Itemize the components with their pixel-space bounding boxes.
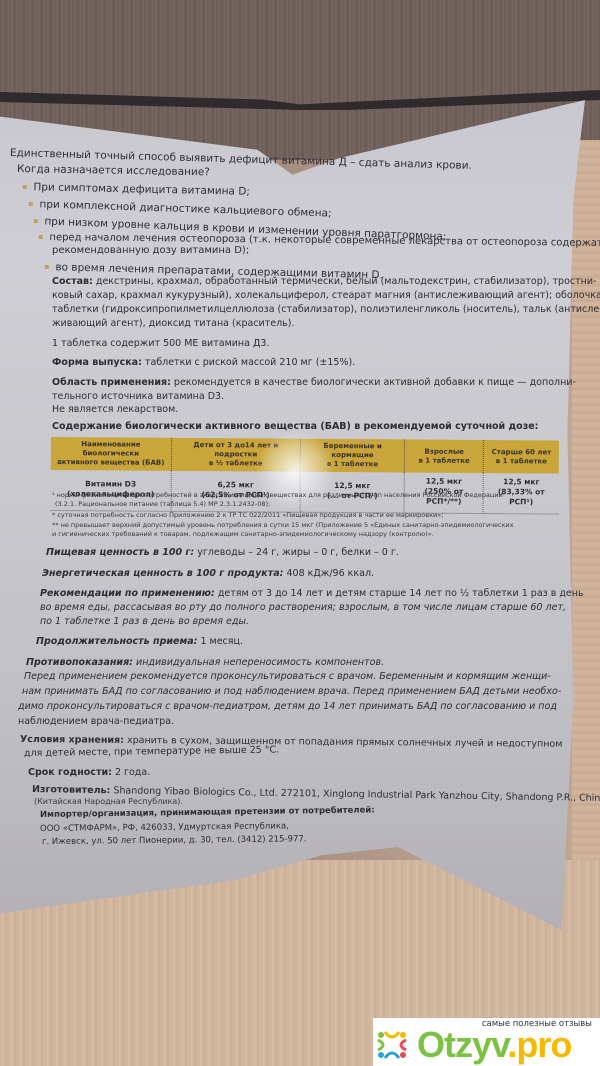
manufacturer-line-2: (Китайская Народная Республика). [34,797,183,806]
release-form-value: таблетки с риской массой 210 мг (±15%). [145,357,355,368]
watermark-name: Otzyv.pro [417,1024,571,1066]
composition-line-4: живающий агент), диоксид титана (красите… [52,317,294,330]
composition-label: Состав: [52,276,93,287]
application-label: Область применения: [52,377,171,388]
importer-label: Импортер/организация, принимающая претен… [40,805,375,820]
recommendations-line-3: по 1 таблетке 1 раз в день во время еды. [40,615,249,628]
energy-label: Энергетическая ценность в 100 г продукта… [42,568,283,579]
energy: Энергетическая ценность в 100 г продукта… [42,567,374,580]
application-line-3: Не является лекарством. [52,403,178,416]
nutrition: Пищевая ценность в 100 г: углеводы – 24 … [46,546,399,559]
table-header-row: Наименование биологическиактивного вещес… [51,437,559,474]
footnote: и гигиенических требований к товарам, по… [52,530,434,539]
tablet-content: 1 таблетка содержит 500 МЕ витамина Д3. [52,337,269,350]
intro-bullet-continuation: рекомендованную дозу витамина D); [52,244,249,258]
table-header-cell: Старше 60 летв 1 таблетке [483,440,559,474]
contraindications-line: димо проконсультироваться с врачом-педиа… [18,700,557,713]
contraindications-value: индивидуальная непереносимость компонент… [136,657,384,668]
importer-line: г. Ижевск, ул. 50 лет Пионерии, д. 30, т… [42,832,307,849]
table-header-cell: Наименование биологическиактивного вещес… [51,437,172,471]
composition-text: декстрины, крахмал, обработанный термиче… [96,276,597,287]
recommendations-line-2: во время еды, рассасывая во рту до полно… [40,601,566,614]
duration-value: 1 месяц. [200,636,243,647]
storage-label: Условия хранения: [20,734,124,746]
contraindications-line: наблюдением врача-педиатра. [18,715,174,728]
footnote: * суточная потребность согласно Приложен… [52,511,443,520]
contraindications-line: нам принимать БАД по согласованию и под … [22,685,561,698]
recommendations-label: Рекомендации по применению: [40,588,215,599]
composition-line-1: Состав: декстрины, крахмал, обработанный… [52,275,596,288]
recommendations-text: детям от 3 до 14 лет и детям старше 14 л… [218,588,584,599]
nutrition-label: Пищевая ценность в 100 г: [46,547,194,558]
people-logo-icon [375,1028,409,1062]
application-line-1: Область применения: рекомендуется в каче… [52,376,576,389]
energy-value: 408 кДж/96 ккал. [286,568,374,579]
shelf-life-value: 2 года. [115,767,150,778]
contraindications-line: Перед применением рекомендуется проконсу… [24,670,551,683]
watermark-name-suffix: .pro [507,1024,571,1065]
duration: Продолжительность приема: 1 месяц. [36,635,243,648]
wooden-surface-right [572,140,600,900]
table-header-cell: Взрослыев 1 таблетке [405,439,484,473]
manufacturer-label: Изготовитель: [32,784,111,796]
footnote: ¹ нормы физиологических потребностей в э… [52,491,503,500]
contraindications-label: Противопоказания: [26,657,133,668]
release-form-label: Форма выпуска: [52,357,142,368]
application-line-2: тельного источника витамина D3. [52,390,224,403]
shelf-life: Срок годности: 2 года. [28,766,150,779]
contraindications: Противопоказания: индивидуальная неперен… [26,656,384,669]
application-text: рекомендуется в качестве биологически ак… [174,377,576,388]
otzyv-watermark: самые полезные отзывы Otzyv.pro [373,1018,600,1066]
composition-line-3: таблетки (гидроксипропилметилцеллюлоза (… [52,303,600,316]
shelf-life-label: Срок годности: [28,767,112,778]
duration-label: Продолжительность приема: [36,636,197,647]
watermark-name-main: Otzyv [417,1024,507,1065]
table-header-cell: Беременные и кормящиев 1 таблетке [300,439,405,473]
table-header-cell: Дети от 3 до14 лет и подросткив ½ таблет… [171,438,300,472]
recommendations-line-1: Рекомендации по применению: детям от 3 д… [40,587,584,600]
footnote: ** не превышает верхний допустимый урове… [52,521,514,530]
composition-line-2: ковый сахар, крахмал кукурузный), холека… [52,289,600,302]
footnote: (3.2.1. Рациональное питание (таблица 5.… [55,500,270,509]
table-title: Содержание биологически активного вещест… [52,420,538,433]
table-title-text: Содержание биологически активного вещест… [52,421,538,432]
nutrition-value: углеводы – 24 г, жиры – 0 г, белки – 0 г… [197,547,399,558]
release-form: Форма выпуска: таблетки с риской массой … [52,356,355,369]
